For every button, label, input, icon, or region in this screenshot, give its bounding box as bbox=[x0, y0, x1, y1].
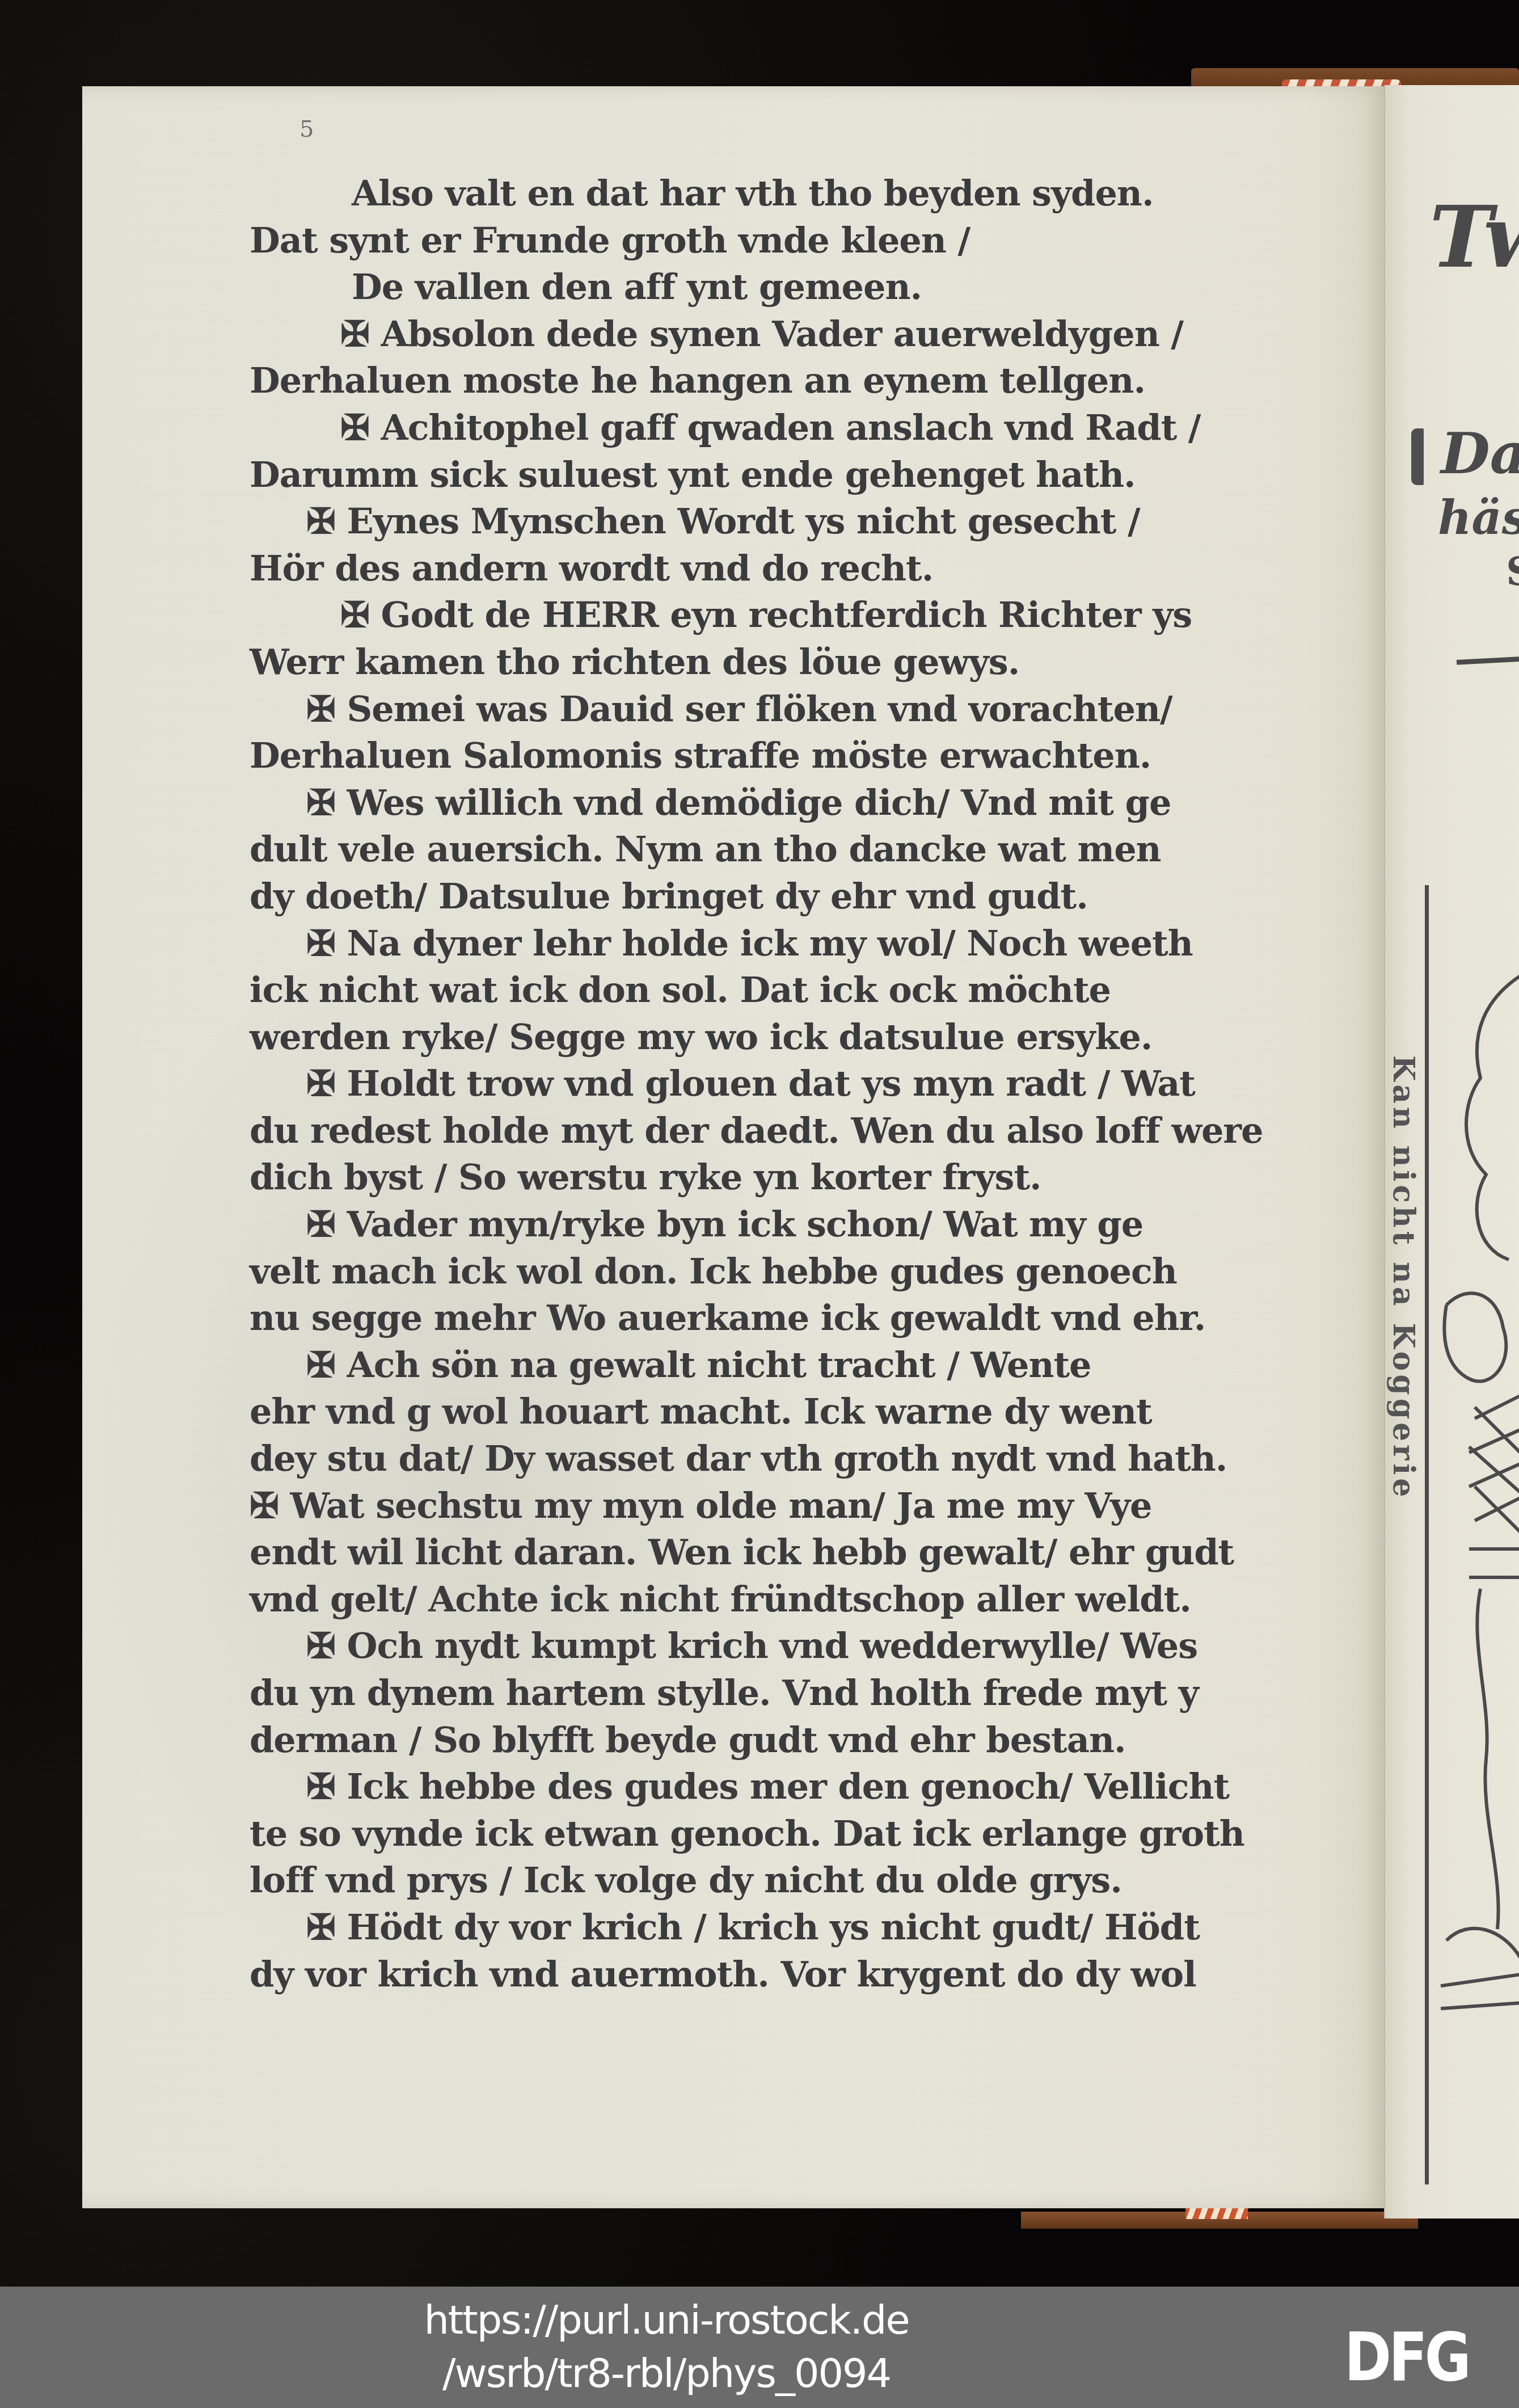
text-line: ✠ Vader myn/ryke byn ick schon/ Wat my g… bbox=[250, 1201, 1316, 1248]
right-page-line4: S bbox=[1506, 548, 1519, 595]
text-line: ✠ Wes willich vnd demödige dich/ Vnd mit… bbox=[250, 780, 1316, 827]
bracket-mark bbox=[1411, 428, 1424, 485]
text-line: velt mach ick wol don. Ick hebbe gudes g… bbox=[250, 1248, 1316, 1295]
permalink[interactable]: https://purl.uni-rostock.de /wsrb/tr8-rb… bbox=[340, 2293, 993, 2400]
page-text: Also valt en dat har vth tho beyden syde… bbox=[250, 170, 1316, 1998]
right-page-title: Twe bbox=[1429, 187, 1519, 287]
text-line: ✠ Absolon dede synen Vader auerweldygen … bbox=[250, 311, 1316, 358]
text-line: du yn dynem hartem stylle. Vnd holth fre… bbox=[250, 1670, 1316, 1717]
text-line: dult vele auersich. Nym an tho dancke wa… bbox=[250, 826, 1316, 873]
woodcut-illustration-icon bbox=[1435, 908, 1519, 2043]
text-line: Derhaluen moste he hangen an eynem tellg… bbox=[250, 357, 1316, 405]
text-line: dy doeth/ Datsulue bringet dy ehr vnd gu… bbox=[250, 873, 1316, 920]
text-line: dich byst / So werstu ryke yn korter fry… bbox=[250, 1154, 1316, 1201]
page-marker: 5 bbox=[299, 116, 314, 142]
text-line: loff vnd prys / Ick volge dy nicht du ol… bbox=[250, 1857, 1316, 1904]
vertical-caption: Kan nicht na Koggerie bbox=[1386, 1055, 1421, 1500]
woodcut-frame-line bbox=[1425, 885, 1429, 2184]
text-line: Dat synt er Frunde groth vnde kleen / bbox=[250, 217, 1316, 264]
text-line: derman / So blyfft beyde gudt vnd ehr be… bbox=[250, 1717, 1316, 1764]
text-line: endt wil licht daran. Wen ick hebb gewal… bbox=[250, 1529, 1316, 1576]
text-line: Also valt en dat har vth tho beyden syde… bbox=[250, 170, 1316, 217]
text-line: ✠ Och nydt kumpt krich vnd wedderwylle/ … bbox=[250, 1623, 1316, 1670]
text-line: De vallen den aff ynt gemeen. bbox=[250, 264, 1316, 311]
text-line: ✠ Semei was Dauid ser flöken vnd voracht… bbox=[250, 686, 1316, 733]
text-line: ick nicht wat ick don sol. Dat ick ock m… bbox=[250, 967, 1316, 1014]
text-line: ✠ Holdt trow vnd glouen dat ys myn radt … bbox=[250, 1060, 1316, 1108]
text-line: Derhaluen Salomonis straffe möste erwach… bbox=[250, 732, 1316, 780]
text-line: ✠ Godt de HERR eyn rechtferdich Richter … bbox=[250, 592, 1316, 639]
text-line: ✠ Eynes Mynschen Wordt ys nicht gesecht … bbox=[250, 498, 1316, 545]
text-line: du redest holde myt der daedt. Wen du al… bbox=[250, 1108, 1316, 1155]
permalink-line2[interactable]: /wsrb/tr8-rbl/phys_0094 bbox=[340, 2347, 993, 2400]
text-line: Hör des andern wordt vnd do recht. bbox=[250, 545, 1316, 592]
text-line: ✠ Ach sön na gewalt nicht tracht / Wente bbox=[250, 1342, 1316, 1389]
right-page-subtitle: Dat bbox=[1441, 420, 1519, 487]
dfg-logo: DFG bbox=[1344, 2318, 1469, 2396]
text-line: dey stu dat/ Dy wasset dar vth groth nyd… bbox=[250, 1435, 1316, 1483]
text-line: te so vynde ick etwan genoch. Dat ick er… bbox=[250, 1811, 1316, 1858]
text-line: ✠ Achitophel gaff qwaden anslach vnd Rad… bbox=[250, 405, 1316, 452]
text-line: dy vor krich vnd auermoth. Vor krygent d… bbox=[250, 1951, 1316, 1998]
text-line: ✠ Hödt dy vor krich / krich ys nicht gud… bbox=[250, 1904, 1316, 1951]
text-line: ehr vnd g wol houart macht. Ick warne dy… bbox=[250, 1388, 1316, 1435]
text-line: nu segge mehr Wo auerkame ick gewaldt vn… bbox=[250, 1295, 1316, 1342]
text-line: ✠ Wat sechstu my myn olde man/ Ja me my … bbox=[250, 1483, 1316, 1530]
text-line: ✠ Na dyner lehr holde ick my wol/ Noch w… bbox=[250, 920, 1316, 967]
text-line: ✠ Ick hebbe des gudes mer den genoch/ Ve… bbox=[250, 1763, 1316, 1811]
right-page-line3: häser- bbox=[1438, 491, 1519, 545]
text-line: Darumm sick suluest ynt ende gehenget ha… bbox=[250, 452, 1316, 499]
text-line: Werr kamen tho richten des löue gewys. bbox=[250, 639, 1316, 686]
text-line: vnd gelt/ Achte ick nicht fründtschop al… bbox=[250, 1576, 1316, 1623]
permalink-line1[interactable]: https://purl.uni-rostock.de bbox=[340, 2293, 993, 2347]
text-line: werden ryke/ Segge my wo ick datsulue er… bbox=[250, 1014, 1316, 1061]
